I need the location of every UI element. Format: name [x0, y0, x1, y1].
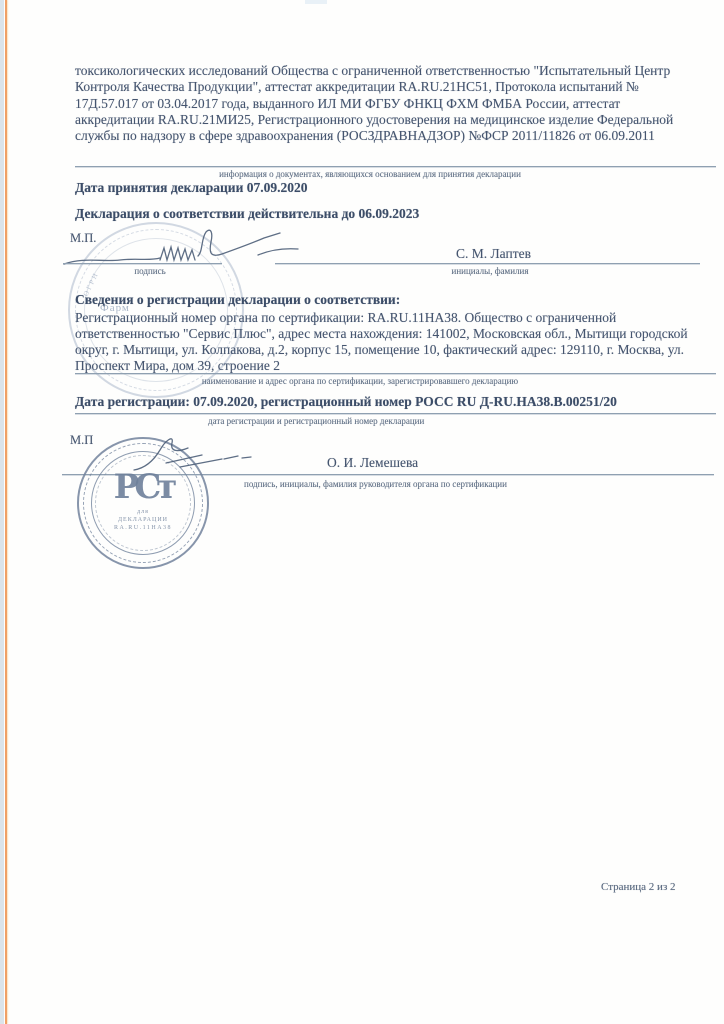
registration-body: Регистрационный номер органа по сертифик…: [75, 310, 699, 374]
caption-signature-1: подпись: [105, 266, 195, 276]
separator-line-basis: [75, 166, 716, 167]
caption-reg: дата регистрации и регистрационный номер…: [208, 416, 423, 426]
statement-valid-until: Декларация о соответствии действительна …: [75, 206, 419, 222]
scanned-declaration-page: токсикологических исследований Общества …: [0, 0, 724, 1024]
statement-date-accepted: Дата принятия декларации 07.09.2020: [75, 180, 308, 196]
caption-org: наименование и адрес органа по сертифика…: [150, 376, 570, 386]
signatory-name-2: О. И. Лемешева: [327, 455, 418, 471]
intro-paragraph: токсикологических исследований Общества …: [75, 63, 699, 144]
signature-line-1-left: [63, 263, 222, 264]
caption-signature-2: подпись, инициалы, фамилия руководителя …: [244, 479, 507, 489]
scan-smudge: [305, 0, 327, 4]
signature-scribble-1-icon: [60, 227, 312, 271]
rst-stamp-line2: ДЕКЛАРАЦИИ: [77, 517, 209, 523]
separator-line-reg: [75, 413, 716, 414]
rst-stamp-line1: для: [77, 509, 209, 515]
caption-basis: информация о документах, являющихся осно…: [160, 169, 580, 179]
seal-mark-2: М.П: [70, 433, 93, 448]
page-number: Страница 2 из 2: [601, 881, 676, 893]
signatory-name-1: С. М. Лаптев: [456, 246, 531, 262]
signature-scribble-2-icon: [128, 428, 256, 476]
scan-edge-strip: [0, 0, 4, 1024]
signature-line-1-right: [275, 263, 700, 264]
caption-initials-1: инициалы, фамилия: [430, 266, 550, 276]
rst-stamp-line3: RA.RU.11НА38: [77, 525, 209, 531]
registration-date: Дата регистрации: 07.09.2020, регистраци…: [75, 394, 617, 410]
scan-edge-line: [5, 0, 7, 1024]
registration-heading: Сведения о регистрации декларации о соот…: [75, 292, 400, 308]
separator-line-org: [75, 373, 716, 374]
